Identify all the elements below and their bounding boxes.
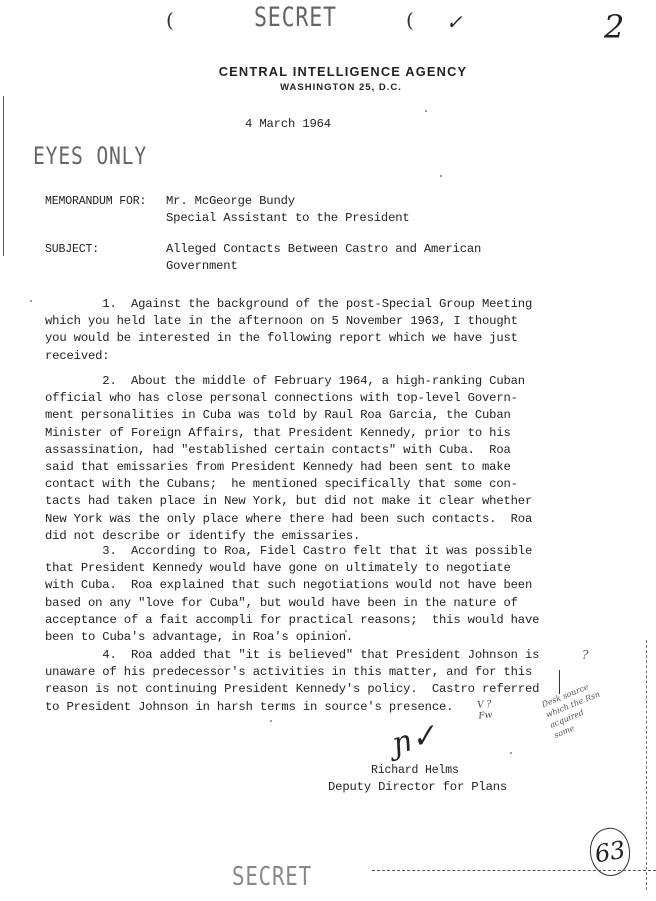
paragraph-line: 1. Against the background of the post-Sp… xyxy=(45,296,565,313)
paragraph-line: unaware of his predecessor's activities … xyxy=(45,664,565,681)
handwritten-margin-note: V ? Fw xyxy=(477,699,493,722)
subject-text-line-2: Government xyxy=(166,258,238,276)
paragraph-3: 3. According to Roa, Fidel Castro felt t… xyxy=(45,543,565,646)
recipient-name: Mr. McGeorge Bundy xyxy=(166,193,295,211)
paragraph-line: which you held late in the afternoon on … xyxy=(45,313,565,330)
paragraph-line: 4. Roa added that "it is believed" that … xyxy=(45,647,565,664)
paragraph-line: with Cuba. Roa explained that such negot… xyxy=(45,577,565,594)
signer-title: Deputy Director for Plans xyxy=(328,779,507,797)
paragraph-1: 1. Against the background of the post-Sp… xyxy=(45,296,565,365)
signature-initials: ɲ✓ xyxy=(388,717,440,762)
paragraph-line: New York was the only place where there … xyxy=(45,511,565,528)
paragraph-line: said that emissaries from President Kenn… xyxy=(45,459,565,476)
paragraph-line: official who has close personal connecti… xyxy=(45,390,565,407)
classification-marking-top: SECRET xyxy=(254,2,337,33)
margin-side-mark xyxy=(559,670,560,694)
memo-date: 4 March 1964 xyxy=(245,116,331,134)
scan-speck xyxy=(440,175,442,177)
eyes-only-stamp: EYES ONLY xyxy=(33,142,147,170)
paragraph-line: tacts had taken place in New York, but d… xyxy=(45,493,565,510)
handwritten-page-number: 2 xyxy=(604,8,624,46)
scan-speck xyxy=(30,300,32,302)
paragraph-line: 2. About the middle of February 1964, a … xyxy=(45,373,565,390)
scan-edge-line xyxy=(3,96,4,256)
paragraph-line: assassination, had "established certain … xyxy=(45,442,565,459)
paragraph-line: that President Kennedy would have gone o… xyxy=(45,560,565,577)
scan-speck xyxy=(345,630,347,632)
subject-label: SUBJECT: xyxy=(45,241,99,259)
handwritten-paren-left: ( xyxy=(166,8,174,32)
paragraph-line: been to Cuba's advantage, in Roa's opini… xyxy=(45,629,565,646)
scan-speck xyxy=(270,720,272,722)
handwritten-question-mark: ? xyxy=(582,648,588,662)
paragraph-line: ment personalities in Cuba was told by R… xyxy=(45,407,565,424)
paragraph-line: you would be interested in the following… xyxy=(45,330,565,347)
signer-name: Richard Helms xyxy=(371,762,459,780)
paragraph-line: based on any "love for Cuba", but would … xyxy=(45,595,565,612)
letterhead-agency: CENTRAL INTELLIGENCE AGENCY xyxy=(0,64,656,79)
paragraph-line: reason is not continuing President Kenne… xyxy=(45,681,565,698)
paragraph-line: acceptance of a fait accompli for practi… xyxy=(45,612,565,629)
scan-speck xyxy=(425,110,427,112)
recipient-title: Special Assistant to the President xyxy=(166,210,410,228)
subject-text-line-1: Alleged Contacts Between Castro and Amer… xyxy=(166,241,481,259)
classification-marking-bottom: SECRET xyxy=(232,862,312,892)
scan-edge-line-right xyxy=(646,640,648,890)
memorandum-for-label: MEMORANDUM FOR: xyxy=(45,193,146,211)
paragraph-2: 2. About the middle of February 1964, a … xyxy=(45,373,565,545)
scan-speck xyxy=(510,752,512,754)
handwritten-paren-right: ( xyxy=(406,8,414,32)
scan-bottom-rule xyxy=(372,870,656,872)
check-mark-icon: ✓ xyxy=(446,10,463,34)
letterhead-location: WASHINGTON 25, D.C. xyxy=(0,82,656,93)
paragraph-line: Minister of Foreign Affairs, that Presid… xyxy=(45,425,565,442)
paragraph-line: received: xyxy=(45,348,565,365)
paragraph-line: 3. According to Roa, Fidel Castro felt t… xyxy=(45,543,565,560)
paragraph-line: contact with the Cubans; he mentioned sp… xyxy=(45,476,565,493)
